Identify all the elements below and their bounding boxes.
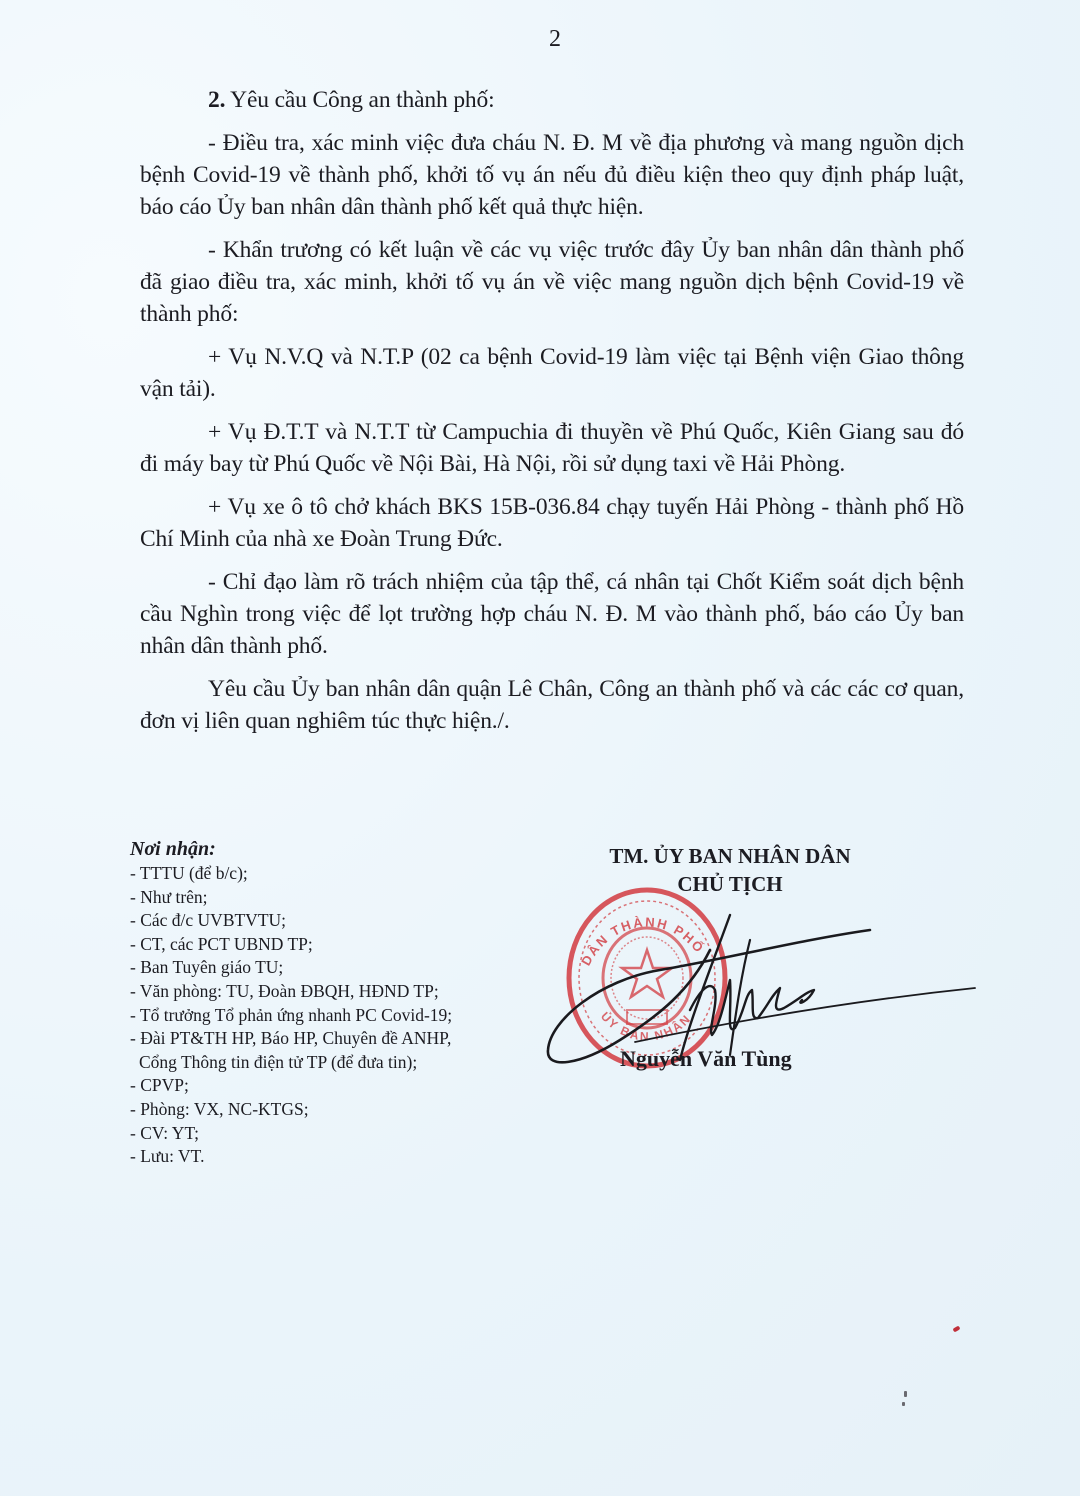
signer-role: CHỦ TỊCH: [560, 870, 900, 898]
recipients-list: Nơi nhận: - TTTU (để b/c); - Như trên; -…: [130, 836, 530, 1169]
paragraph-conclude-prior-cases: - Khẩn trương có kết luận về các vụ việc…: [140, 234, 964, 330]
case-item-1: + Vụ N.V.Q và N.T.P (02 ca bệnh Covid-19…: [140, 341, 964, 405]
page-number: 2: [0, 26, 1080, 53]
recipient-item: - Phòng: VX, NC-KTGS;: [130, 1098, 530, 1122]
scan-speck-dark: [904, 1391, 907, 1397]
signature-block: TM. ỦY BAN NHÂN DÂN CHỦ TỊCH: [560, 842, 900, 898]
recipient-item: - Lưu: VT.: [130, 1145, 530, 1169]
scan-speck-dark: [902, 1402, 905, 1406]
recipient-item: - CV: YT;: [130, 1122, 530, 1146]
section-number: 2.: [208, 87, 225, 113]
recipients-title: Nơi nhận:: [130, 836, 530, 862]
paragraph-closing: Yêu cầu Ủy ban nhân dân quận Lê Chân, Cô…: [140, 673, 964, 737]
recipient-item: - Như trên;: [130, 886, 530, 910]
section-heading-text: Yêu cầu Công an thành phố:: [225, 87, 494, 113]
paragraph-responsibility: - Chỉ đạo làm rõ trách nhiệm của tập thể…: [140, 566, 964, 662]
recipient-item: - Các đ/c UVBTVTU;: [130, 909, 530, 933]
recipient-item: - TTTU (để b/c);: [130, 862, 530, 886]
case-item-3: + Vụ xe ô tô chở khách BKS 15B-036.84 ch…: [140, 491, 964, 555]
recipient-item: - Đài PT&TH HP, Báo HP, Chuyên đề ANHP,: [130, 1027, 530, 1051]
paragraph-investigate: - Điều tra, xác minh việc đưa cháu N. Đ.…: [140, 127, 964, 223]
recipient-item: - CT, các PCT UBND TP;: [130, 933, 530, 957]
handwritten-signature-icon: [540, 910, 980, 1080]
recipient-item: - Ban Tuyên giáo TU;: [130, 956, 530, 980]
recipient-item: - Tổ trưởng Tổ phản ứng nhanh PC Covid-1…: [130, 1004, 530, 1028]
recipient-item: - Văn phòng: TU, Đoàn ĐBQH, HĐND TP;: [130, 980, 530, 1004]
section-heading: 2. Yêu cầu Công an thành phố:: [140, 84, 964, 116]
document-body: 2. Yêu cầu Công an thành phố: - Điều tra…: [140, 84, 964, 748]
scan-speck-red: [952, 1326, 960, 1333]
recipient-item-continuation: Cổng Thông tin điện tử TP (để đưa tin);: [130, 1051, 530, 1075]
case-item-2: + Vụ Đ.T.T và N.T.T từ Campuchia đi thuy…: [140, 416, 964, 480]
recipient-item: - CPVP;: [130, 1074, 530, 1098]
signer-organization: TM. ỦY BAN NHÂN DÂN: [560, 842, 900, 870]
